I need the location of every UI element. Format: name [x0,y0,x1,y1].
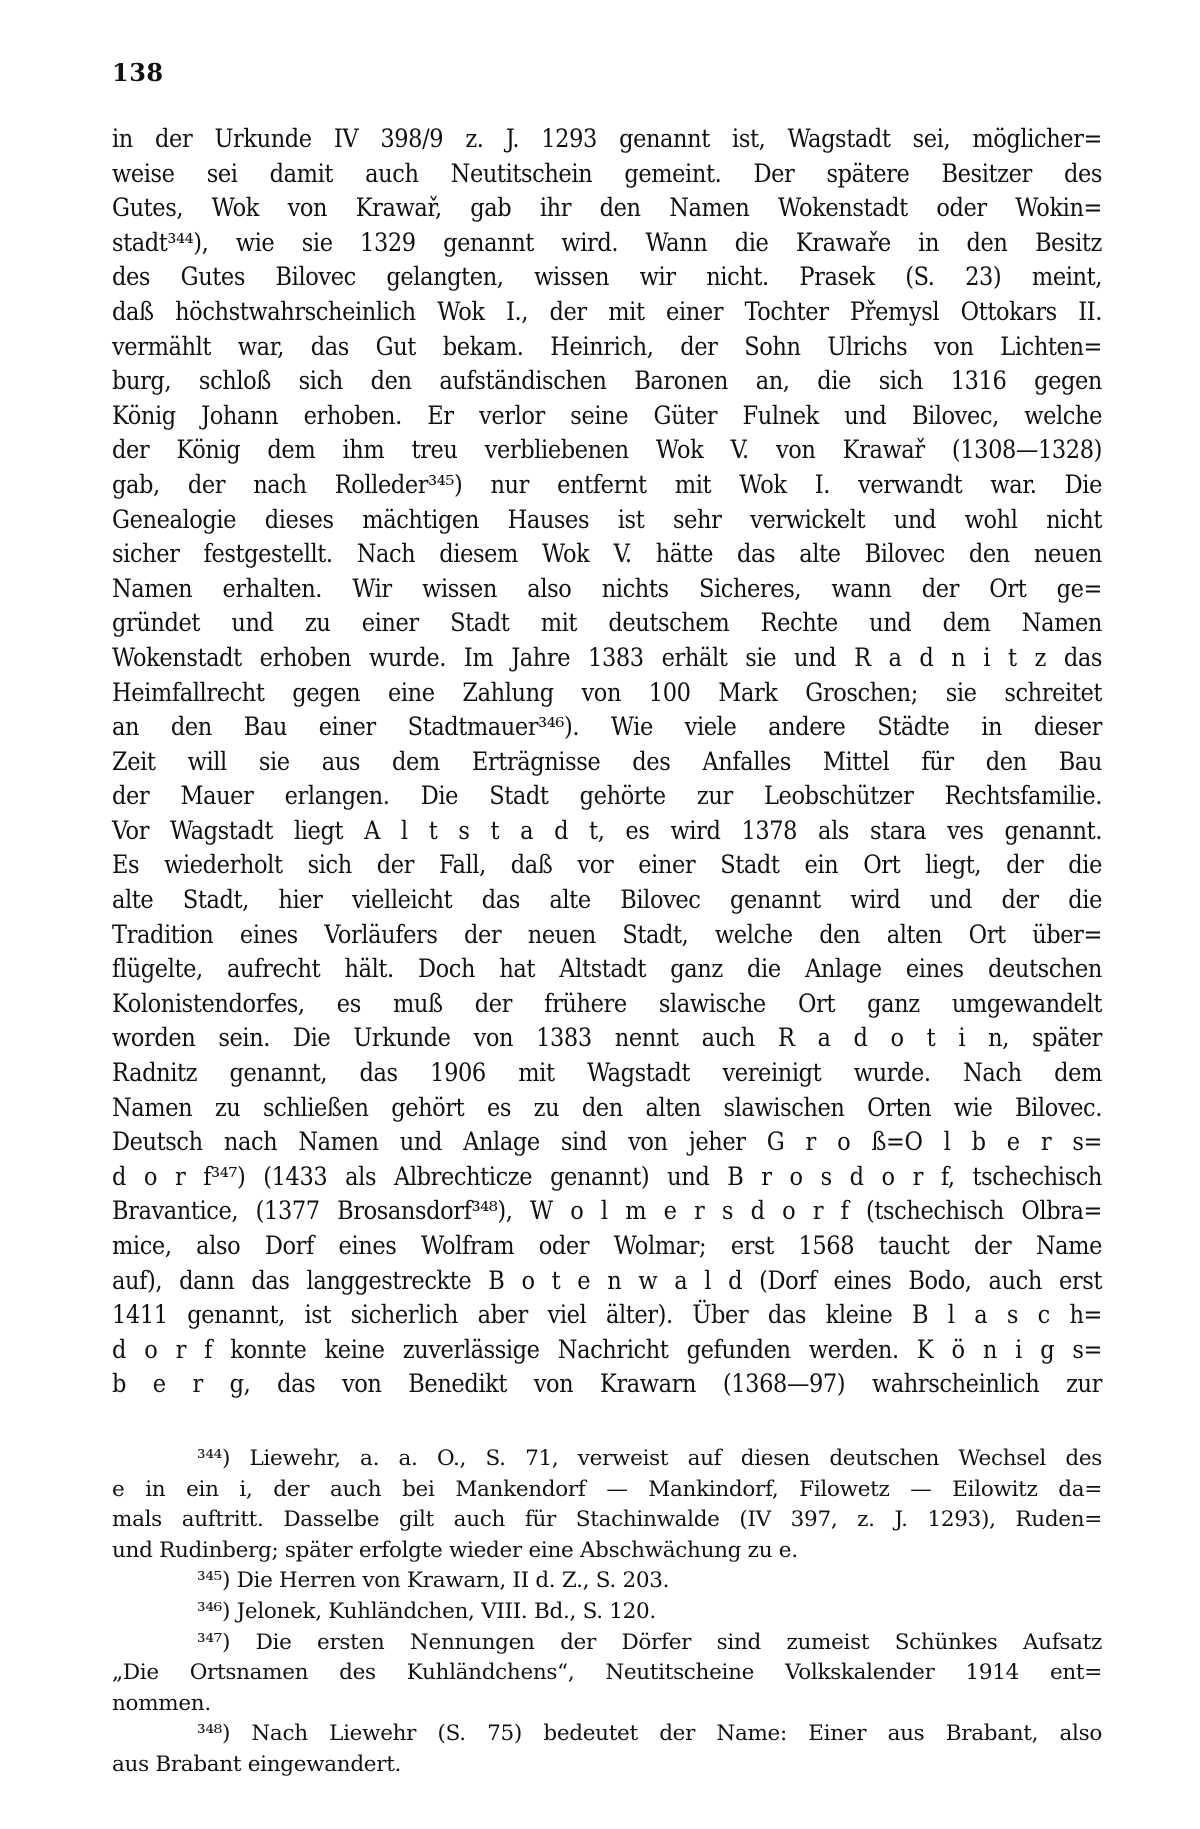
footnote-344: ³⁴⁴) Liewehr, a. a. O., S. 71, verweist … [112,1444,1102,1566]
footnote-line: ³⁴⁶) Jelonek, Kuhländchen, VIII. Bd., S.… [112,1597,1102,1628]
body-line: stadt³⁴⁴), wie sie 1329 genannt wird. Wa… [112,226,1102,261]
body-line: daß höchstwahrscheinlich Wok I., der mit… [112,295,1102,330]
body-line: d o r f³⁴⁷) (1433 als Albrechticze genan… [112,1160,1102,1195]
body-line: gründet und zu einer Stadt mit deutschem… [112,606,1102,641]
body-line: in der Urkunde IV 398/9 z. J. 1293 genan… [112,122,1102,157]
body-line: Genealogie dieses mächtigen Hauses ist s… [112,503,1102,538]
footnote-line: aus Brabant eingewandert. [112,1750,1102,1781]
page-number: 138 [112,58,164,87]
body-line: Vor Wagstadt liegt A l t s t a d t, es w… [112,814,1102,849]
body-line: König Johann erhoben. Er verlor seine Gü… [112,399,1102,434]
body-line: vermählt war, das Gut bekam. Heinrich, d… [112,330,1102,365]
footnote-line: ³⁴⁴) Liewehr, a. a. O., S. 71, verweist … [112,1444,1102,1475]
footnote-line: ³⁴⁷) Die ersten Nennungen der Dörfer sin… [112,1628,1102,1659]
body-line: Es wiederholt sich der Fall, daß vor ein… [112,848,1102,883]
body-line: Heimfallrecht gegen eine Zahlung von 100… [112,676,1102,711]
body-line: burg, schloß sich den aufständischen Bar… [112,364,1102,399]
body-line: Gutes, Wok von Krawař, gab ihr den Namen… [112,191,1102,226]
footnote-line: ³⁴⁸) Nach Liewehr (S. 75) bedeutet der N… [112,1719,1102,1750]
body-line: flügelte, aufrecht hält. Doch hat Altsta… [112,952,1102,987]
body-line: Namen zu schließen gehört es zu den alte… [112,1091,1102,1126]
footnote-line: ³⁴⁵) Die Herren von Krawarn, II d. Z., S… [112,1566,1102,1597]
body-line: an den Bau einer Stadtmauer³⁴⁶). Wie vie… [112,710,1102,745]
body-line: Wokenstadt erhoben wurde. Im Jahre 1383 … [112,641,1102,676]
footnote-line: nommen. [112,1689,1102,1720]
footnotes: ³⁴⁴) Liewehr, a. a. O., S. 71, verweist … [112,1444,1102,1781]
body-line: alte Stadt, hier vielleicht das alte Bil… [112,883,1102,918]
footnote-line: „Die Ortsnamen des Kuhländchens“, Neutit… [112,1658,1102,1689]
body-line: weise sei damit auch Neutitschein gemein… [112,157,1102,192]
footnote-line: und Rudinberg; später erfolgte wieder ei… [112,1536,1102,1567]
footnote-line: e in ein i, der auch bei Mankendorf — Ma… [112,1475,1102,1506]
footnote-346: ³⁴⁶) Jelonek, Kuhländchen, VIII. Bd., S.… [112,1597,1102,1628]
body-line: der König dem ihm treu verbliebenen Wok … [112,433,1102,468]
body-line: auf), dann das langgestreckte B o t e n … [112,1264,1102,1299]
body-line: des Gutes Bilovec gelangten, wissen wir … [112,260,1102,295]
body-line: gab, der nach Rolleder³⁴⁵) nur entfernt … [112,468,1102,503]
body-line: Radnitz genannt, das 1906 mit Wagstadt v… [112,1056,1102,1091]
footnote-345: ³⁴⁵) Die Herren von Krawarn, II d. Z., S… [112,1566,1102,1597]
body-line: Bravantice, (1377 Brosansdorf³⁴⁸), W o l… [112,1194,1102,1229]
body-line: b e r g, das von Benedikt von Krawarn (1… [112,1367,1102,1402]
body-line: Namen erhalten. Wir wissen also nichts S… [112,572,1102,607]
body-line: Deutsch nach Namen und Anlage sind von j… [112,1125,1102,1160]
body-line: mice, also Dorf eines Wolfram oder Wolma… [112,1229,1102,1264]
body-line: Tradition eines Vorläufers der neuen Sta… [112,918,1102,953]
footnote-line: mals auftritt. Dasselbe gilt auch für St… [112,1505,1102,1536]
body-line: Kolonistendorfes, es muß der frühere sla… [112,987,1102,1022]
body-line: d o r f konnte keine zuverlässige Nachri… [112,1333,1102,1368]
body-text: in der Urkunde IV 398/9 z. J. 1293 genan… [112,122,1102,1402]
body-line: der Mauer erlangen. Die Stadt gehörte zu… [112,779,1102,814]
body-line: Zeit will sie aus dem Erträgnisse des An… [112,745,1102,780]
footnote-348: ³⁴⁸) Nach Liewehr (S. 75) bedeutet der N… [112,1719,1102,1780]
footnote-347: ³⁴⁷) Die ersten Nennungen der Dörfer sin… [112,1628,1102,1720]
body-line: worden sein. Die Urkunde von 1383 nennt … [112,1021,1102,1056]
body-line: 1411 genannt, ist sicherlich aber viel ä… [112,1298,1102,1333]
body-line: sicher festgestellt. Nach diesem Wok V. … [112,537,1102,572]
